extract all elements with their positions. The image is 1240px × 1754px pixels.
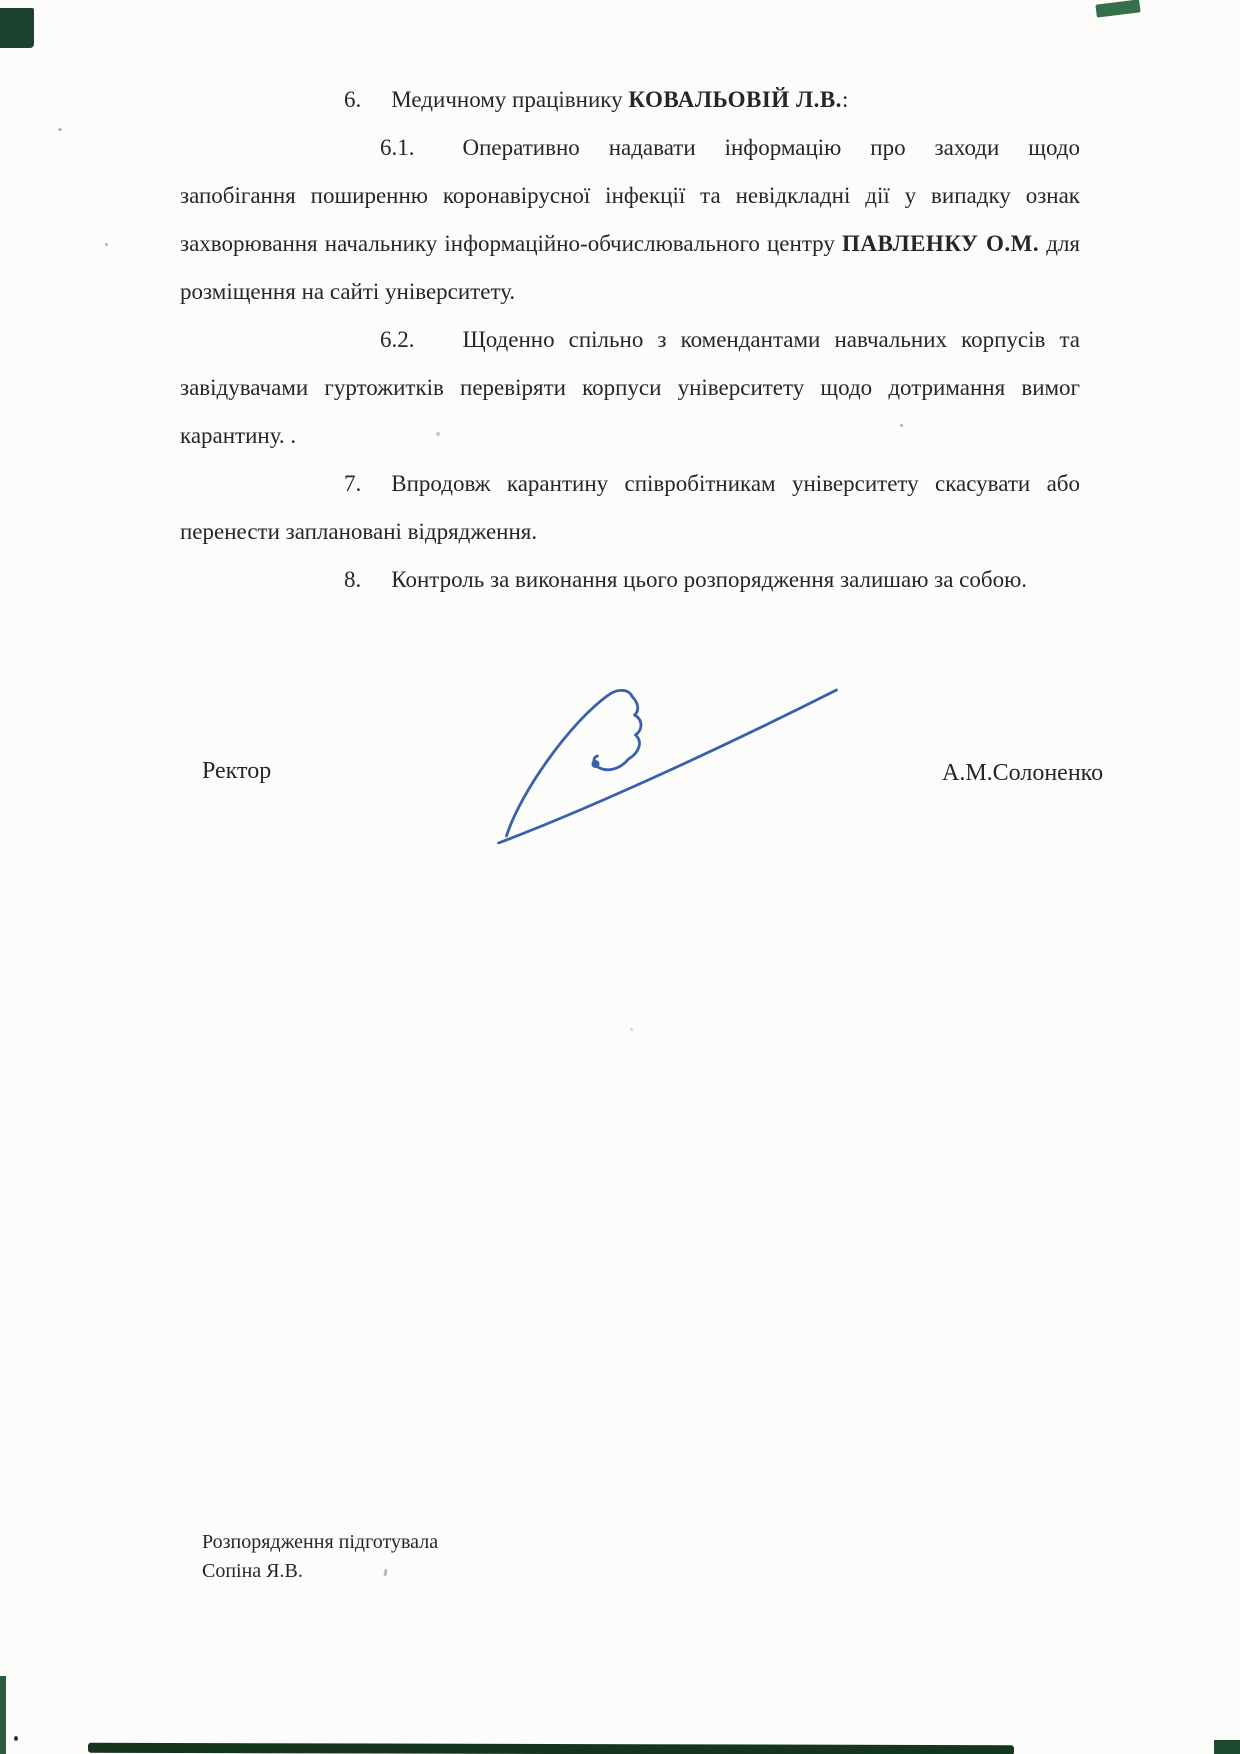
scan-artifact-bottom-bar [88,1743,1014,1754]
signature-tail-stroke [499,690,837,843]
document-body: 6.Медичному працівнику КОВАЛЬОВІЙ Л.В.: … [180,76,1080,604]
item-text: : [842,87,848,112]
scan-artifact-bottom-left [0,1676,6,1754]
scan-artifact-bottom-right [1214,1740,1240,1754]
scanned-document-page: 6.Медичному працівнику КОВАЛЬОВІЙ Л.В.: … [0,0,1240,1754]
item-number: 8. [262,556,361,604]
scan-artifact-top-left [0,8,34,48]
prepared-by-note: Розпорядження підготувала Сопіна Я.В. [202,1528,438,1586]
item-number: 6.2. [280,316,415,364]
scan-artifact-top-right [1095,0,1140,18]
item-number: 7. [262,460,361,508]
item-7-paragraph: 7.Впродовж карантину співробітникам унів… [180,460,1080,556]
scan-speck [58,128,62,131]
item-text: Контроль за виконання цього розпорядженн… [391,567,1027,592]
scan-speck [630,1028,633,1031]
item-6-1-paragraph: 6.1.Оперативно надавати інформацію про з… [180,124,1080,316]
prepared-by-line2: Сопіна Я.В. [202,1557,438,1586]
signer-name: А.М.Солоненко [942,760,1103,787]
item-number: 6. [262,76,361,124]
signature-ink-dot [592,760,600,768]
item-8-paragraph: 8.Контроль за виконання цього розпорядже… [180,556,1080,604]
item-number: 6.1. [280,124,415,172]
signer-title: Ректор [202,758,271,785]
item-text: Медичному працівнику [391,87,628,112]
item-6-2-paragraph: 6.2.Щоденно спільно з комендантами навча… [180,316,1080,460]
person-name-kovalova: КОВАЛЬОВІЙ Л.В. [628,87,842,112]
handwritten-signature-ink [478,684,844,844]
item-6-heading: 6.Медичному працівнику КОВАЛЬОВІЙ Л.В.: [180,76,1080,124]
scan-speck [105,243,108,246]
prepared-by-line1: Розпорядження підготувала [202,1528,438,1557]
scan-speck [14,1736,18,1741]
person-name-pavlenko: ПАВЛЕНКУ О.М. [842,231,1039,256]
